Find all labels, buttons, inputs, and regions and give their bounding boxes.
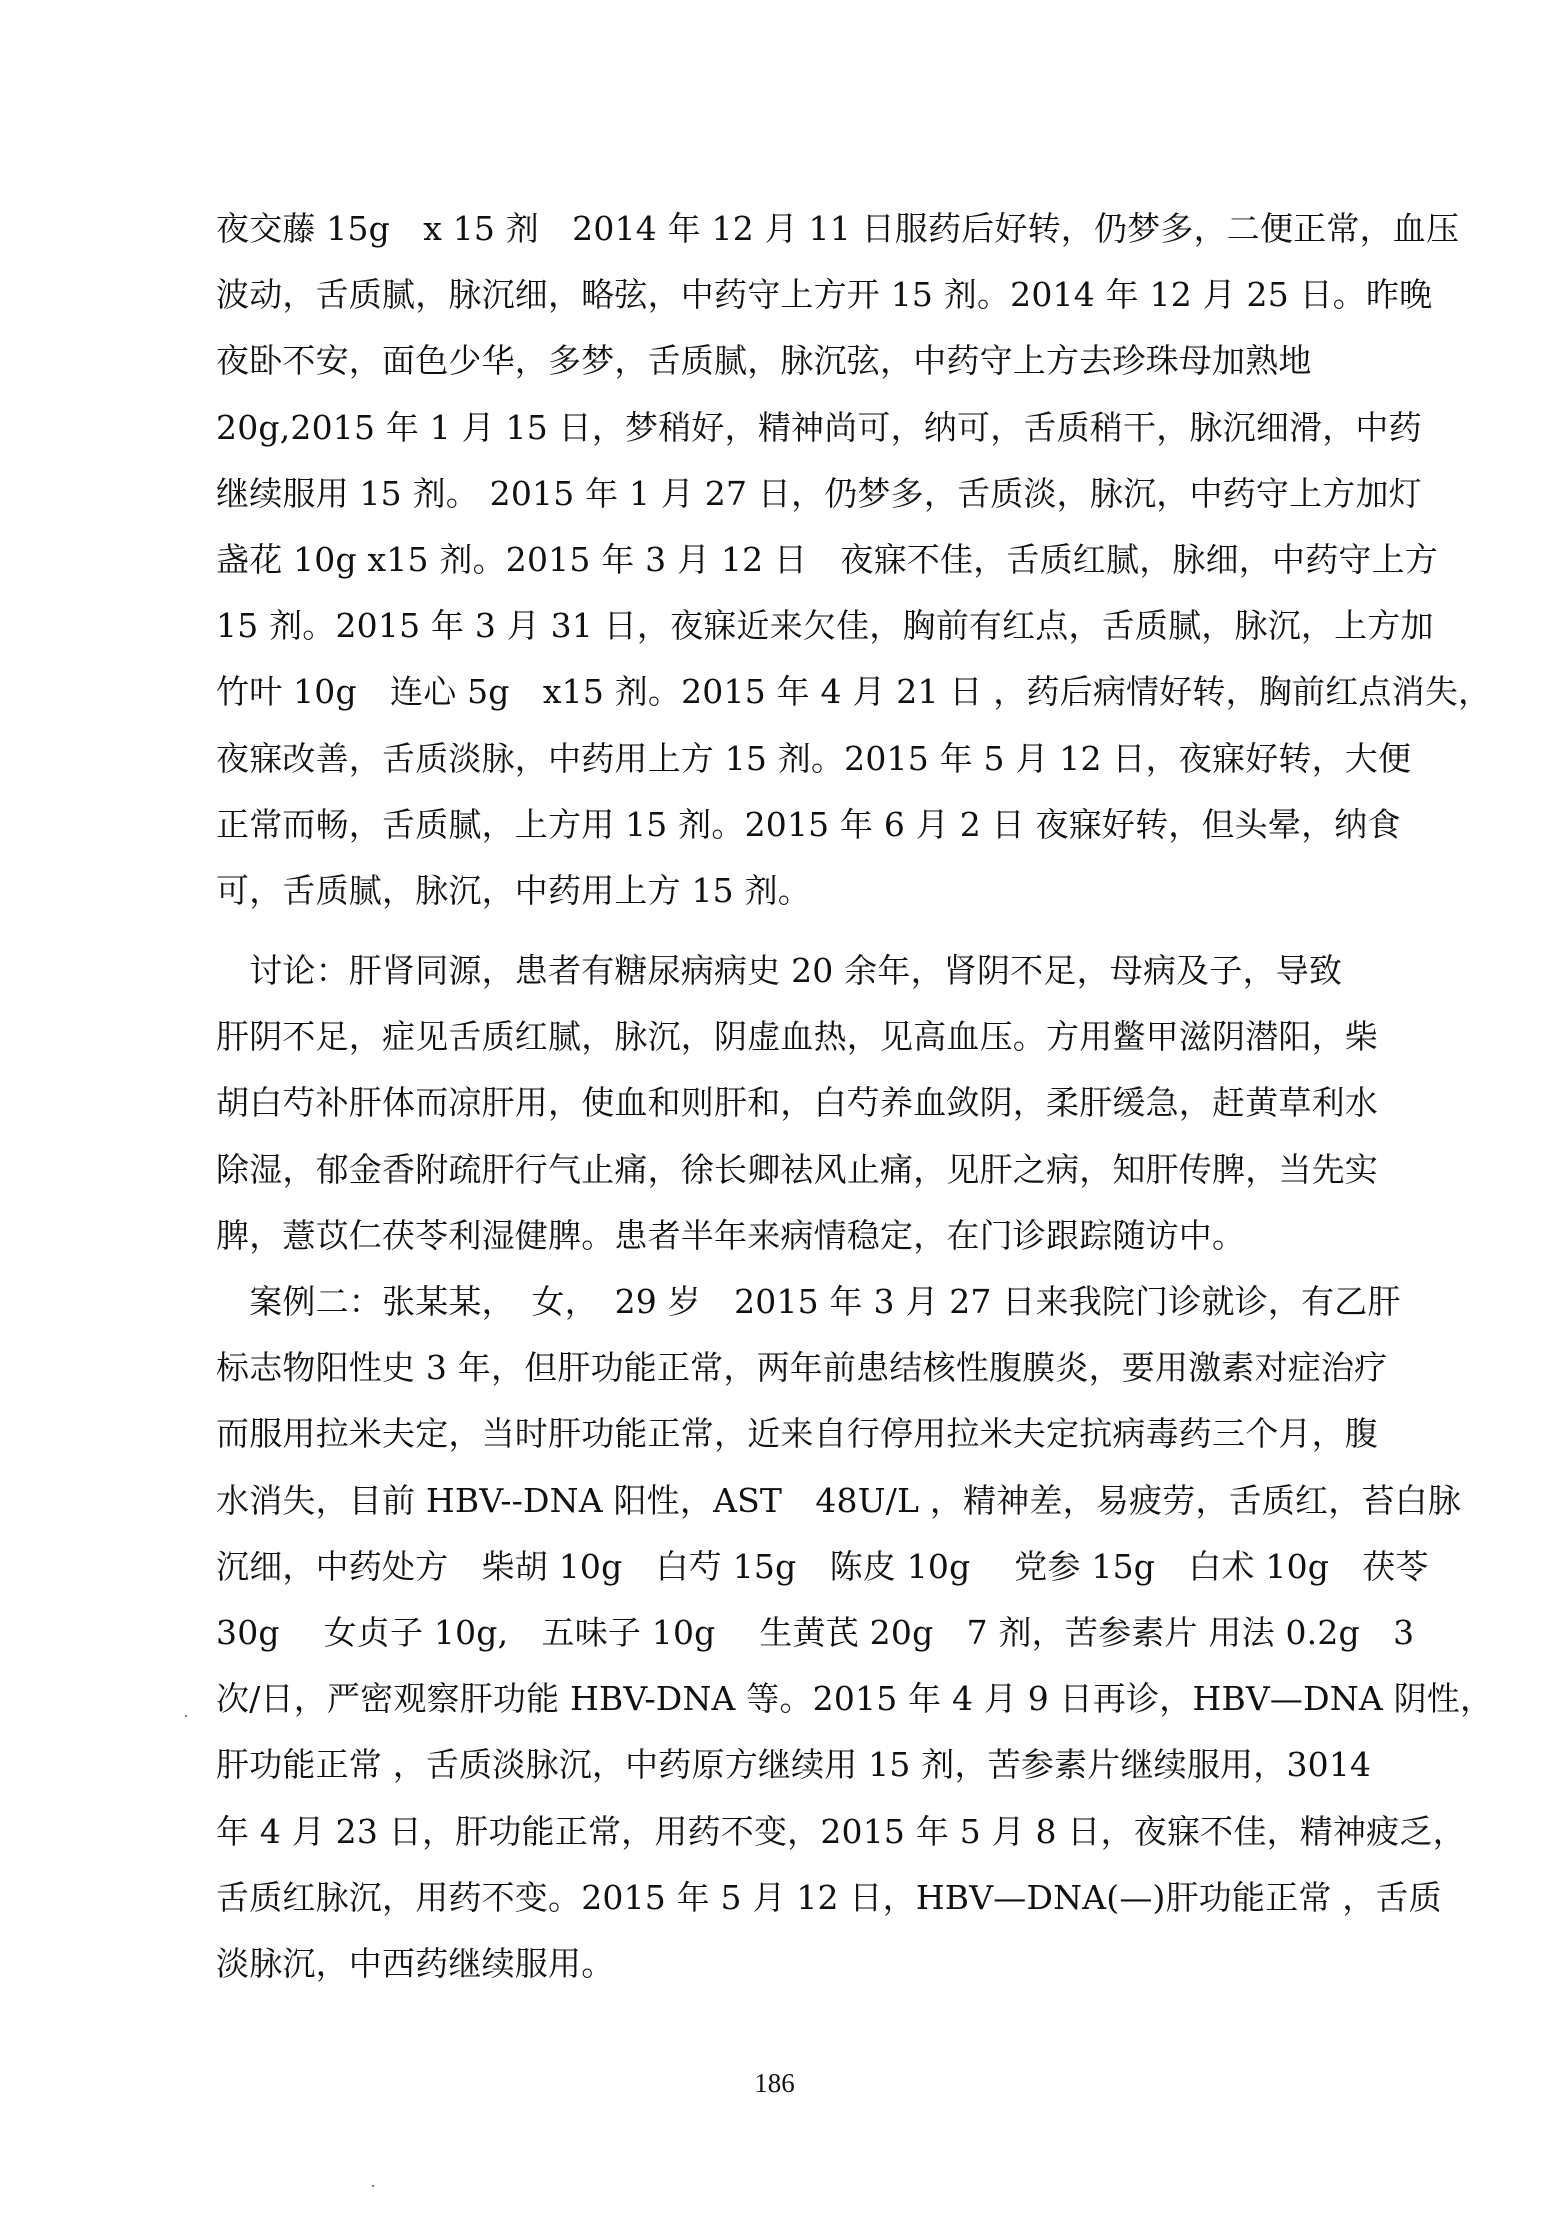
page-number: 186: [0, 2068, 1549, 2099]
text-line: 可，舌质腻，脉沉，中药用上方 15 剂。: [216, 858, 1332, 924]
text-line: 沉细，中药处方 柴胡 10g 白芍 15g 陈皮 10g 党参 15g 白术 1…: [216, 1534, 1332, 1600]
document-body: 夜交藤 15g x 15 剂 2014 年 12 月 11 日服药后好转，仍梦多…: [216, 196, 1332, 1997]
text-line: 标志物阳性史 3 年，但肝功能正常，两年前患结核性腹膜炎，要用激素对症治疗: [216, 1335, 1332, 1401]
paragraph-spacer: [216, 924, 1332, 938]
text-line: 脾，薏苡仁茯苓利湿健脾。患者半年来病情稳定，在门诊跟踪随访中。: [216, 1203, 1332, 1269]
text-line: 水消失，目前 HBV--DNA 阳性，AST 48U/L ，精神差，易疲劳，舌质…: [216, 1468, 1332, 1534]
paragraph-case1-continuation: 夜交藤 15g x 15 剂 2014 年 12 月 11 日服药后好转，仍梦多…: [216, 196, 1332, 924]
text-line: 胡白芍补肝体而凉肝用，使血和则肝和，白芍养血敛阴，柔肝缓急，赶黄草利水: [216, 1070, 1332, 1136]
text-line: 淡脉沉，中西药继续服用。: [216, 1931, 1332, 1997]
text-line: 夜卧不安，面色少华，多梦，舌质腻，脉沉弦，中药守上方去珍珠母加熟地: [216, 328, 1332, 394]
text-line: 年 4 月 23 日，肝功能正常，用药不变，2015 年 5 月 8 日，夜寐不…: [216, 1799, 1332, 1865]
paragraph-case2: 案例二：张某某， 女， 29 岁 2015 年 3 月 27 日来我院门诊就诊，…: [216, 1269, 1332, 1997]
text-line: 夜寐改善，舌质淡脉，中药用上方 15 剂。2015 年 5 月 12 日，夜寐好…: [216, 726, 1332, 792]
text-line: 竹叶 10g 连心 5g x15 剂。2015 年 4 月 21 日 ，药后病情…: [216, 659, 1332, 725]
text-line: 15 剂。2015 年 3 月 31 日，夜寐近来欠佳，胸前有红点，舌质腻，脉沉…: [216, 593, 1332, 659]
scan-speck-decoration: [185, 1715, 187, 1717]
text-line: 30g 女贞子 10g, 五味子 10g 生黄芪 20g 7 剂，苦参素片 用法…: [216, 1600, 1332, 1666]
text-line: 20g,2015 年 1 月 15 日，梦稍好，精神尚可，纳可，舌质稍干，脉沉细…: [216, 395, 1332, 461]
paragraph-discussion: 讨论：肝肾同源，患者有糖尿病病史 20 余年，肾阴不足，母病及子，导致 肝阴不足…: [216, 938, 1332, 1269]
text-line: 波动，舌质腻，脉沉细，略弦，中药守上方开 15 剂。2014 年 12 月 25…: [216, 262, 1332, 328]
text-line: 舌质红脉沉，用药不变。2015 年 5 月 12 日，HBV—DNA(—)肝功能…: [216, 1865, 1332, 1931]
document-page: 夜交藤 15g x 15 剂 2014 年 12 月 11 日服药后好转，仍梦多…: [0, 0, 1549, 2225]
text-line: 案例二：张某某， 女， 29 岁 2015 年 3 月 27 日来我院门诊就诊，…: [216, 1269, 1332, 1335]
text-line: 夜交藤 15g x 15 剂 2014 年 12 月 11 日服药后好转，仍梦多…: [216, 196, 1332, 262]
text-line: 除湿，郁金香附疏肝行气止痛，徐长卿祛风止痛，见肝之病，知肝传脾，当先实: [216, 1137, 1332, 1203]
text-line: 继续服用 15 剂。 2015 年 1 月 27 日，仍梦多，舌质淡，脉沉，中药…: [216, 461, 1332, 527]
text-line: 肝阴不足，症见舌质红腻，脉沉，阴虚血热，见高血压。方用鳖甲滋阴潜阳，柴: [216, 1004, 1332, 1070]
scan-speck-decoration: [372, 2185, 374, 2187]
text-line: 盏花 10g x15 剂。2015 年 3 月 12 日 夜寐不佳，舌质红腻，脉…: [216, 527, 1332, 593]
text-line: 而服用拉米夫定，当时肝功能正常，近来自行停用拉米夫定抗病毒药三个月，腹: [216, 1401, 1332, 1467]
text-line: 肝功能正常 ，舌质淡脉沉，中药原方继续用 15 剂，苦参素片继续服用，3014: [216, 1732, 1332, 1798]
text-line: 正常而畅，舌质腻，上方用 15 剂。2015 年 6 月 2 日 夜寐好转，但头…: [216, 792, 1332, 858]
text-line: 讨论：肝肾同源，患者有糖尿病病史 20 余年，肾阴不足，母病及子，导致: [216, 938, 1332, 1004]
text-line: 次/日，严密观察肝功能 HBV-DNA 等。2015 年 4 月 9 日再诊，H…: [216, 1666, 1332, 1732]
